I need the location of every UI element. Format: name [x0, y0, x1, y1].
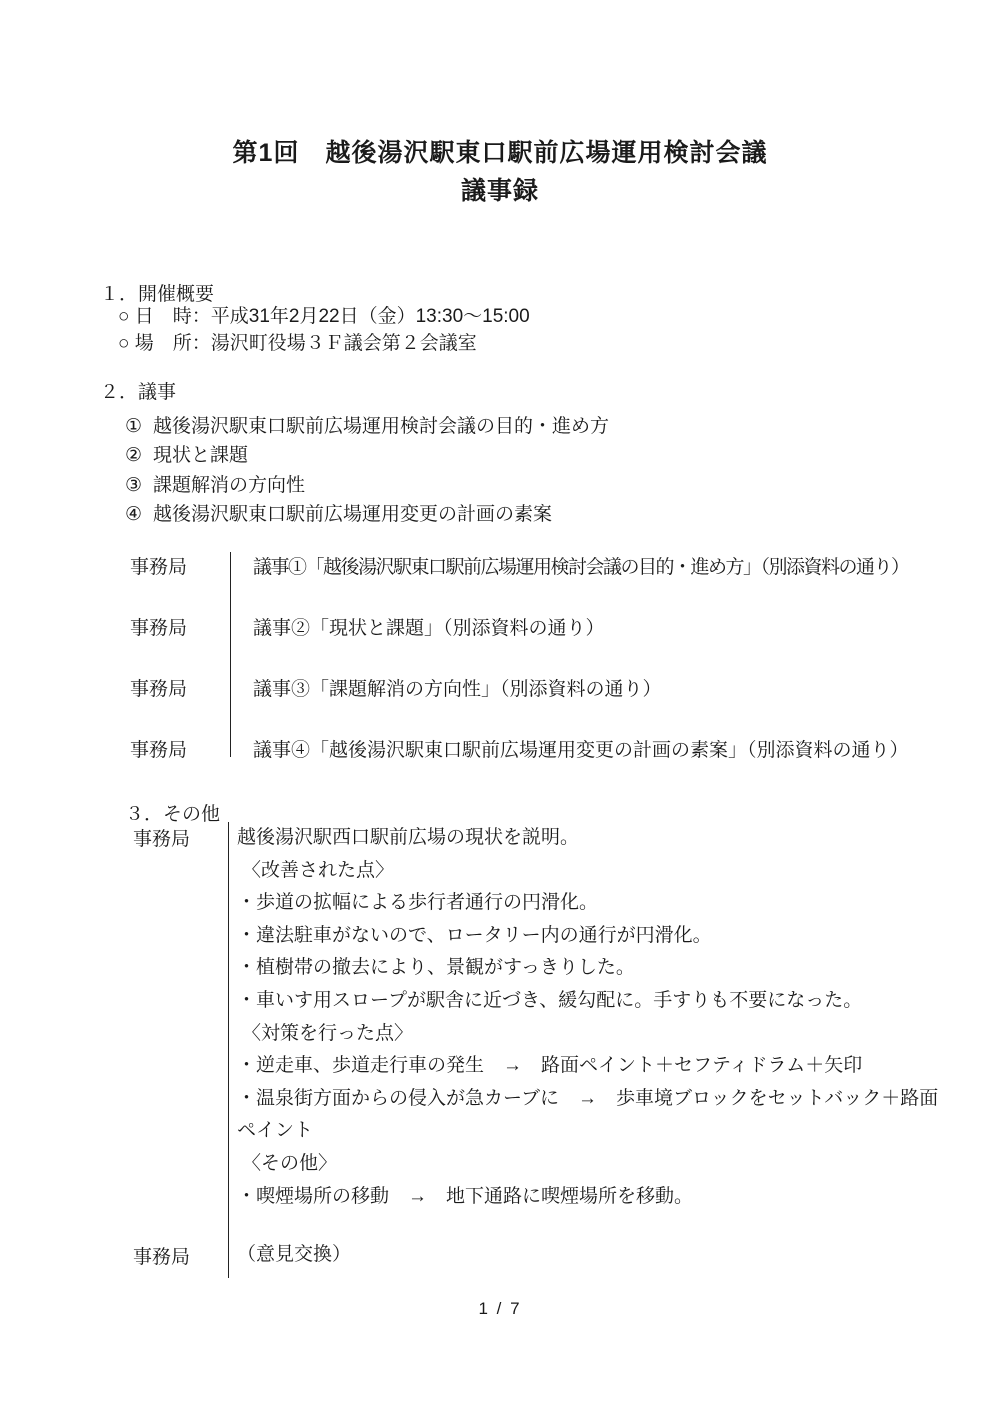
agenda-item-number: ①	[125, 412, 153, 441]
section-agenda-heading: ２．議事	[100, 377, 176, 404]
section-overview-heading: １．開催概要	[100, 279, 214, 306]
table-row: 事務局 議事②「現状と課題」（別添資料の通り）	[130, 613, 909, 674]
minutes-line: 〈対策を行った点〉	[242, 1018, 938, 1051]
table-row: 事務局 議事④「越後湯沢駅東口駅前広場運用変更の計画の素案」（別添資料の通り）	[130, 735, 909, 757]
minutes-text: 議事③「課題解消の方向性」（別添資料の通り）	[230, 674, 662, 735]
minutes-content-column: 越後湯沢駅西口駅前広場の現状を説明。 〈改善された点〉 ・歩道の拡幅による歩行者…	[228, 822, 938, 1278]
speaker-label: 事務局	[130, 613, 230, 674]
minutes-line: ・逆走車、歩道走行車の発生 → 路面ペイント＋セフティドラム＋矢印	[237, 1050, 938, 1083]
minutes-line: ・温泉街方面からの侵入が急カーブに → 歩車境ブロックをセットバック＋路面	[237, 1083, 938, 1116]
minutes-line: ・喫煙場所の移動 → 地下通路に喫煙場所を移動。	[237, 1181, 938, 1214]
minutes-line: ・歩道の拡幅による歩行者通行の円滑化。	[237, 887, 938, 920]
minutes-line: ・植樹帯の撤去により、景観がすっきりした。	[237, 952, 938, 985]
agenda-item-text: 越後湯沢駅東口駅前広場運用変更の計画の素案	[153, 500, 552, 529]
page-number: 1 / 7	[0, 1299, 1000, 1319]
speaker-label: 事務局	[130, 552, 230, 613]
overview-place-line: ○ 場 所：湯沢町役場３Ｆ議会第２会議室	[118, 330, 530, 357]
minutes-text: 議事②「現状と課題」（別添資料の通り）	[230, 613, 605, 674]
minutes-text: 議事①「越後湯沢駅東口駅前広場運用検討会議の目的・進め方」（別添資料の通り）	[230, 552, 909, 613]
agenda-item: ④ 越後湯沢駅東口駅前広場運用変更の計画の素案	[125, 500, 609, 529]
agenda-item-text: 越後湯沢駅東口駅前広場運用検討会議の目的・進め方	[153, 412, 609, 441]
minutes-line: 越後湯沢駅西口駅前広場の現状を説明。	[237, 822, 938, 855]
agenda-item: ③ 課題解消の方向性	[125, 471, 609, 500]
minutes-line: ・違法駐車がないので、ロータリー内の通行が円滑化。	[237, 920, 938, 953]
table-row: 事務局 議事①「越後湯沢駅東口駅前広場運用検討会議の目的・進め方」（別添資料の通…	[130, 552, 909, 613]
speaker-label: 事務局	[133, 828, 190, 852]
minutes-line: 〈その他〉	[242, 1148, 938, 1181]
row-gap	[237, 1213, 938, 1239]
section-overview-body: ○ 日 時：平成31年2月22日（金）13:30～15:00 ○ 場 所：湯沢町…	[118, 303, 530, 358]
other-minutes-table: 事務局 事務局 越後湯沢駅西口駅前広場の現状を説明。 〈改善された点〉 ・歩道の…	[133, 822, 938, 1278]
table-row: 事務局 議事③「課題解消の方向性」（別添資料の通り）	[130, 674, 909, 735]
speaker-label: 事務局	[130, 674, 230, 735]
agenda-item-number: ②	[125, 441, 153, 470]
minutes-document-page: 第1回 越後湯沢駅東口駅前広場運用検討会議 議事録 １．開催概要 ○ 日 時：平…	[0, 0, 1000, 1413]
agenda-minutes-table: 事務局 議事①「越後湯沢駅東口駅前広場運用検討会議の目的・進め方」（別添資料の通…	[130, 552, 909, 757]
minutes-line: （意見交換）	[237, 1239, 938, 1272]
document-title-line2: 議事録	[0, 172, 1000, 210]
overview-datetime-line: ○ 日 時：平成31年2月22日（金）13:30～15:00	[118, 303, 530, 330]
agenda-item-list: ① 越後湯沢駅東口駅前広場運用検討会議の目的・進め方 ② 現状と課題 ③ 課題解…	[125, 412, 609, 530]
minutes-line: ・車いす用スロープが駅舎に近づき、緩勾配に。手すりも不要になった。	[237, 985, 938, 1018]
minutes-text: 議事④「越後湯沢駅東口駅前広場運用変更の計画の素案」（別添資料の通り）	[230, 735, 909, 757]
speaker-label: 事務局	[130, 735, 230, 757]
document-title: 第1回 越後湯沢駅東口駅前広場運用検討会議 議事録	[0, 134, 1000, 210]
agenda-item: ② 現状と課題	[125, 441, 609, 470]
speaker-label: 事務局	[133, 1246, 190, 1270]
speaker-column: 事務局 事務局	[133, 822, 228, 1278]
document-title-line1: 第1回 越後湯沢駅東口駅前広場運用検討会議	[0, 134, 1000, 172]
agenda-item-number: ③	[125, 471, 153, 500]
minutes-line: 〈改善された点〉	[242, 855, 938, 888]
agenda-item-text: 現状と課題	[153, 441, 248, 470]
agenda-item-text: 課題解消の方向性	[153, 471, 305, 500]
agenda-item: ① 越後湯沢駅東口駅前広場運用検討会議の目的・進め方	[125, 412, 609, 441]
agenda-item-number: ④	[125, 500, 153, 529]
minutes-line: ペイント	[237, 1115, 938, 1148]
